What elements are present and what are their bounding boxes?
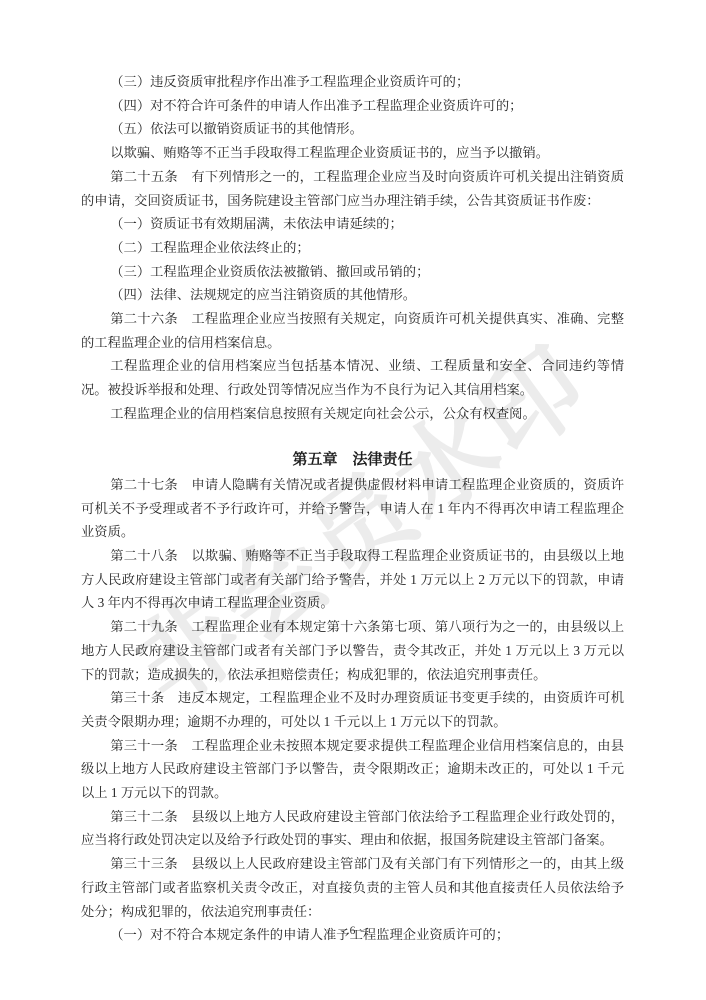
paragraph: （三）违反资质审批程序作出准予工程监理企业资质许可的； bbox=[81, 70, 624, 94]
paragraph: （三）工程监理企业资质依法被撤销、撤回或吊销的； bbox=[81, 260, 624, 284]
paragraph: 第二十六条 工程监理企业应当按照有关规定，向资质许可机关提供真实、准确、完整的工… bbox=[81, 307, 624, 354]
document-body: （三）违反资质审批程序作出准予工程监理企业资质许可的；（四）对不符合许可条件的申… bbox=[81, 70, 624, 947]
paragraph: 以欺骗、贿赂等不正当手段取得工程监理企业资质证书的，应当予以撤销。 bbox=[81, 141, 624, 165]
document-page: 非会员水印 （三）违反资质审批程序作出准予工程监理企业资质许可的；（四）对不符合… bbox=[0, 0, 706, 1000]
paragraph: （一）资质证书有效期届满，未依法申请延续的； bbox=[81, 212, 624, 236]
paragraph: 第三十一条 工程监理企业未按照本规定要求提供工程监理企业信用档案信息的，由县级以… bbox=[81, 734, 624, 805]
chapter-heading: 第五章 法律责任 bbox=[81, 449, 624, 473]
paragraph: 第三十条 违反本规定，工程监理企业不及时办理资质证书变更手续的，由资质许可机关责… bbox=[81, 686, 624, 733]
paragraph: （五）依法可以撤销资质证书的其他情形。 bbox=[81, 117, 624, 141]
paragraph: （二）工程监理企业依法终止的； bbox=[81, 236, 624, 260]
paragraph: 第二十八条 以欺骗、贿赂等不正当手段取得工程监理企业资质证书的，由县级以上地方人… bbox=[81, 544, 624, 615]
page-number: - 6 - bbox=[0, 925, 706, 937]
paragraph: 第二十七条 申请人隐瞒有关情况或者提供虚假材料申请工程监理企业资质的，资质许可机… bbox=[81, 473, 624, 544]
paragraph: 第三十二条 县级以上地方人民政府建设主管部门依法给予工程监理企业行政处罚的，应当… bbox=[81, 805, 624, 852]
paragraph: 工程监理企业的信用档案应当包括基本情况、业绩、工程质量和安全、合同违约等情况。被… bbox=[81, 354, 624, 401]
paragraph: 第二十九条 工程监理企业有本规定第十六条第七项、第八项行为之一的，由县级以上地方… bbox=[81, 615, 624, 686]
paragraph: （四）法律、法规规定的应当注销资质的其他情形。 bbox=[81, 283, 624, 307]
paragraph: 工程监理企业的信用档案信息按照有关规定向社会公示，公众有权查阅。 bbox=[81, 402, 624, 426]
paragraph: （四）对不符合许可条件的申请人作出准予工程监理企业资质许可的； bbox=[81, 94, 624, 118]
paragraph: 第二十五条 有下列情形之一的，工程监理企业应当及时向资质许可机关提出注销资质的申… bbox=[81, 165, 624, 212]
paragraph: 第三十三条 县级以上人民政府建设主管部门及有关部门有下列情形之一的，由其上级行政… bbox=[81, 852, 624, 923]
